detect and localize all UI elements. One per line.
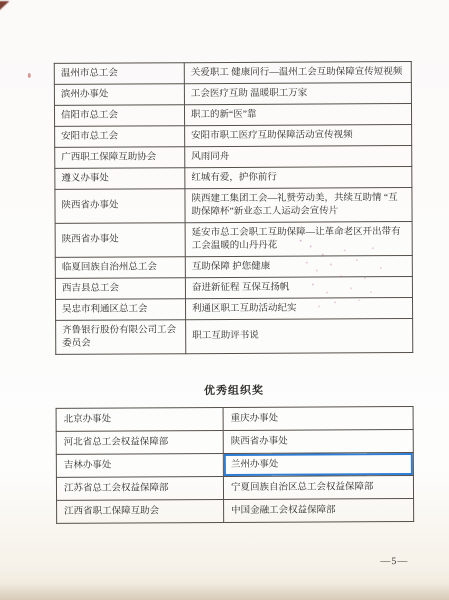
work-title-cell: 红城有爱，护你前行 bbox=[185, 167, 412, 189]
organization-cell: 滨州办事处 bbox=[54, 84, 184, 106]
red-ink-speck-artifact bbox=[28, 73, 31, 78]
table-row: 吉林办事处 兰州办事处 bbox=[56, 453, 413, 478]
organization-cell-right: 兰州办事处 bbox=[223, 453, 413, 477]
table-row: 陕西省办事处 陕西建工集团工会—礼赞劳动美，共续互助情 “互助保障杯”新业态工人… bbox=[55, 188, 412, 224]
organization-cell: 陕西省办事处 bbox=[55, 223, 185, 258]
organization-cell-left: 江苏省总工会权益保障部 bbox=[56, 477, 223, 501]
organization-cell-right: 陕西省办事处 bbox=[223, 430, 413, 454]
table-row: 河北省总工会权益保障部 陕西省办事处 bbox=[56, 430, 413, 455]
table-row: 遵义办事处 红城有爱，护你前行 bbox=[55, 167, 412, 190]
table-row: 北京办事处 重庆办事处 bbox=[56, 407, 413, 432]
organization-cell-right: 宁夏回族自治区总工会权益保障部 bbox=[223, 476, 413, 500]
organization-awards-table: 北京办事处 重庆办事处 河北省总工会权益保障部 陕西省办事处 吉林办事处 兰州办… bbox=[56, 406, 415, 524]
video-awards-table: 温州市总工会 关爱职工 健康同行—温州工会互助保障宣传短视频 滨州办事处 工会医… bbox=[54, 61, 414, 355]
table-row: 西吉县总工会 奋进新征程 互保互扬帆 bbox=[55, 277, 412, 300]
work-title-cell: 安阳市职工医疗互助保障活动宣传视频 bbox=[185, 125, 412, 147]
work-title-cell: 工会医疗互助 温暖职工万家 bbox=[184, 83, 411, 105]
table-row: 吴忠市利通区总工会 利通区职工互助活动纪实 bbox=[55, 298, 412, 321]
organization-cell-right: 中国金融工会权益保障部 bbox=[224, 499, 414, 523]
organization-cell: 吴忠市利通区总工会 bbox=[55, 299, 185, 321]
work-title-cell: 关爱职工 健康同行—温州工会互助保障宣传短视频 bbox=[184, 62, 411, 84]
organization-cell-left: 北京办事处 bbox=[56, 408, 223, 432]
work-title-cell: 互助保障 护您健康 bbox=[185, 256, 412, 278]
organization-cell: 西吉县总工会 bbox=[55, 278, 185, 300]
organization-cell-right: 重庆办事处 bbox=[223, 407, 413, 431]
organization-cell: 齐鲁银行股份有限公司工会委员会 bbox=[56, 320, 186, 355]
scan-bottom-shadow bbox=[0, 584, 449, 600]
table-row: 广西职工保障互助协会 风雨同舟 bbox=[55, 146, 412, 169]
organization-cell: 安阳市总工会 bbox=[55, 126, 185, 148]
work-title-cell: 利通区职工互助活动纪实 bbox=[185, 298, 412, 320]
scanned-document-page: 温州市总工会 关爱职工 健康同行—温州工会互助保障宣传短视频 滨州办事处 工会医… bbox=[0, 0, 449, 600]
table-row: 江苏省总工会权益保障部 宁夏回族自治区总工会权益保障部 bbox=[56, 476, 413, 501]
table-row: 温州市总工会 关爱职工 健康同行—温州工会互助保障宣传短视频 bbox=[54, 62, 411, 85]
table-row: 滨州办事处 工会医疗互助 温暖职工万家 bbox=[54, 83, 411, 106]
table-row: 江西省职工保障互助会 中国金融工会权益保障部 bbox=[57, 499, 414, 524]
work-title-cell: 职工的新“医”靠 bbox=[184, 104, 411, 126]
section-title: 优秀组织奖 bbox=[55, 381, 412, 399]
video-awards-table-body: 温州市总工会 关爱职工 健康同行—温州工会互助保障宣传短视频 滨州办事处 工会医… bbox=[54, 62, 413, 355]
work-title-cell: 奋进新征程 互保互扬帆 bbox=[185, 277, 412, 299]
work-title-cell: 风雨同舟 bbox=[185, 146, 412, 168]
table-row: 临夏回族自治州总工会 互助保障 护您健康 bbox=[55, 256, 412, 279]
pink-stamp-speckle-artifact bbox=[300, 240, 302, 242]
work-title-cell: 职工互助评书说 bbox=[186, 319, 413, 354]
organization-cell: 遵义办事处 bbox=[55, 168, 185, 190]
organization-awards-table-body: 北京办事处 重庆办事处 河北省总工会权益保障部 陕西省办事处 吉林办事处 兰州办… bbox=[56, 407, 414, 524]
table-row: 齐鲁银行股份有限公司工会委员会 职工互助评书说 bbox=[56, 319, 413, 355]
organization-cell: 广西职工保障互助协会 bbox=[55, 147, 185, 169]
organization-cell: 温州市总工会 bbox=[54, 63, 184, 85]
work-title-cell: 陕西建工集团工会—礼赞劳动美，共续互助情 “互助保障杯”新业态工人运动会宣传片 bbox=[185, 188, 412, 223]
table-row: 信阳市总工会 职工的新“医”靠 bbox=[54, 104, 411, 127]
organization-cell-left: 河北省总工会权益保障部 bbox=[56, 431, 223, 455]
organization-cell: 信阳市总工会 bbox=[54, 105, 184, 127]
page-content: 温州市总工会 关爱职工 健康同行—温州工会互助保障宣传短视频 滨州办事处 工会医… bbox=[0, 0, 449, 600]
organization-cell: 临夏回族自治州总工会 bbox=[55, 257, 185, 279]
page-corner-fold-artifact bbox=[0, 1, 9, 11]
work-title-cell: 延安市总工会职工互助保障—让革命老区开出带有工会温暖的山丹丹花 bbox=[185, 222, 412, 257]
organization-cell: 陕西省办事处 bbox=[55, 189, 185, 224]
organization-cell-left: 吉林办事处 bbox=[56, 454, 223, 478]
table-row: 安阳市总工会 安阳市职工医疗互助保障活动宣传视频 bbox=[55, 125, 412, 148]
table-row: 陕西省办事处 延安市总工会职工互助保障—让革命老区开出带有工会温暖的山丹丹花 bbox=[55, 222, 412, 258]
organization-cell-left: 江西省职工保障互助会 bbox=[57, 500, 224, 524]
page-number: —5— bbox=[380, 556, 408, 567]
